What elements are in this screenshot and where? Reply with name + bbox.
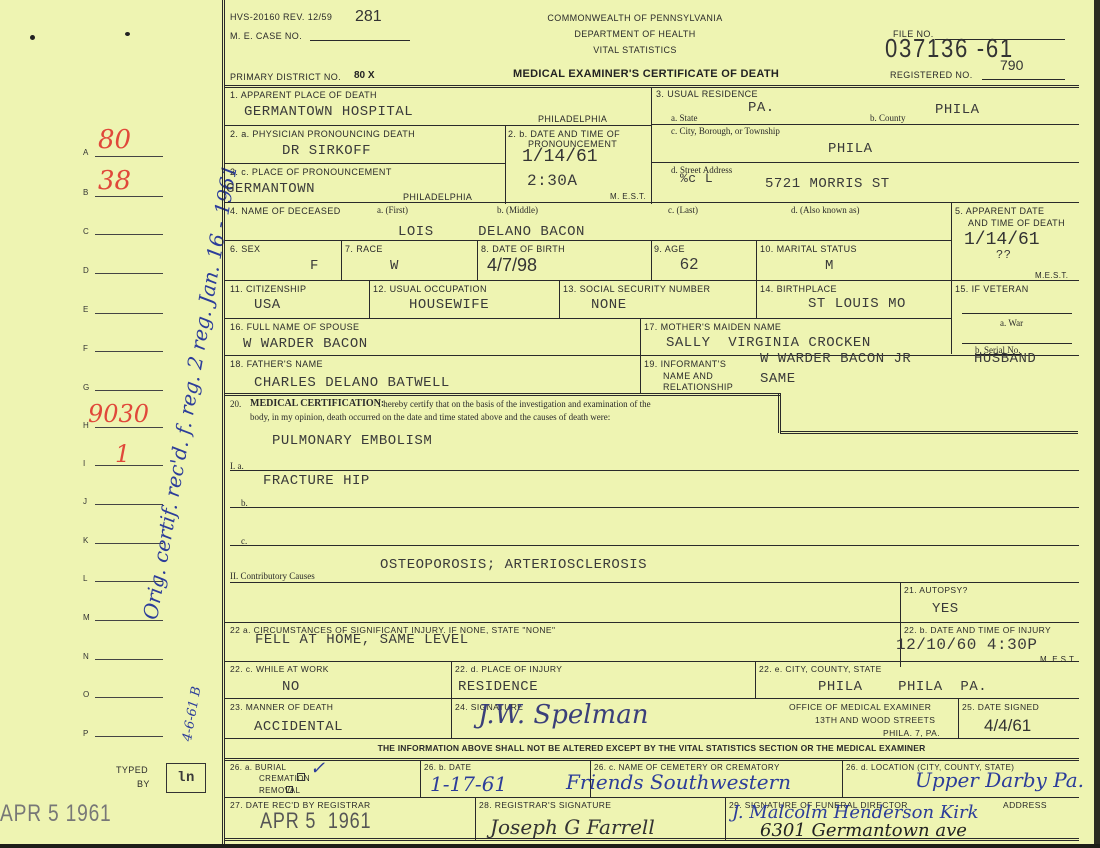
field-17-label: 17. MOTHER'S MAIDEN NAME	[644, 322, 781, 332]
veteran-war-line	[962, 313, 1072, 314]
stub-letter-j: J	[83, 497, 87, 506]
field-18-label: 18. FATHER'S NAME	[230, 359, 323, 369]
field-2b-date: 1/14/61	[522, 147, 598, 167]
divider	[224, 622, 1079, 623]
stub-letter-n: N	[83, 652, 89, 661]
cause-b-label: b.	[241, 498, 248, 508]
stub-value-a: 80	[98, 125, 131, 155]
field-17-mother: SALLY VIRGINIA CROCKEN	[666, 335, 871, 351]
office-line-2: 13TH AND WOOD STREETS	[815, 715, 935, 725]
stub-letter-k: K	[83, 536, 88, 545]
stub-line-a	[95, 156, 163, 157]
veteran-serial-line	[962, 343, 1072, 344]
agency-line-3: VITAL STATISTICS	[520, 45, 750, 55]
field-13-label: 13. SOCIAL SECURITY NUMBER	[563, 284, 710, 294]
divider	[475, 797, 476, 841]
field-1-value: GERMANTOWN HOSPITAL	[244, 104, 413, 120]
alteration-notice: THE INFORMATION ABOVE SHALL NOT BE ALTER…	[224, 743, 1079, 753]
field-3-label: 3. USUAL RESIDENCE	[656, 89, 758, 99]
margin-note-date: 4-6-61 B	[180, 685, 204, 742]
scan-edge	[1094, 0, 1100, 848]
examiner-signature: J.W. Spelman	[478, 700, 648, 730]
removal-checkbox[interactable]	[286, 786, 293, 793]
cause-a-value: PULMONARY EMBOLISM	[272, 433, 432, 449]
divider	[451, 661, 452, 738]
divider	[951, 202, 952, 354]
field-26c-cemetery: Friends Southwestern	[566, 770, 791, 794]
divider	[369, 280, 370, 318]
field-20-text: I hereby certify that on the basis of th…	[378, 399, 651, 409]
field-7-label: 7. RACE	[345, 244, 383, 254]
field-11-label: 11. CITIZENSHIP	[230, 284, 306, 294]
margin-note-registration: Orig. certif. rec'd. f. reg. 2 reg. Jan.…	[130, 114, 251, 670]
field-22d-label: 22. d. PLACE OF INJURY	[455, 664, 562, 674]
divider	[224, 240, 951, 241]
field-6-label: 6. SEX	[230, 244, 260, 254]
stub-value-b: 38	[98, 166, 131, 196]
punch-hole-mark	[125, 32, 130, 36]
field-3c-city: PHILA	[828, 141, 873, 157]
stub-letter-c: C	[83, 227, 89, 236]
cause-c-label: c.	[241, 536, 247, 546]
office-line-3: PHILA. 7, PA.	[883, 728, 940, 738]
contributory-label: II. Contributory Causes	[230, 571, 315, 581]
divider	[900, 582, 901, 667]
field-12-label: 12. USUAL OCCUPATION	[373, 284, 487, 294]
field-14-label: 14. BIRTHPLACE	[760, 284, 837, 294]
field-20-text-2: body, in my opinion, death occurred on t…	[250, 412, 610, 422]
field-22b-label: 22. b. DATE AND TIME OF INJURY	[904, 625, 1051, 635]
divider	[559, 280, 560, 318]
field-26b-label: 26. b. DATE	[424, 763, 471, 772]
field-5-time: ??	[996, 248, 1011, 262]
typed-by-label: TYPED	[116, 765, 148, 775]
field-14-birthplace: ST LOUIS MO	[808, 296, 906, 312]
cause-a-label: I. a.	[230, 461, 244, 471]
contributory-line	[230, 582, 1079, 583]
divider	[224, 318, 951, 319]
field-1-city: PHILADELPHIA	[538, 114, 607, 124]
divider	[651, 240, 652, 280]
field-29-address-label: ADDRESS	[1003, 800, 1047, 810]
field-26a-label: 26. a. BURIAL	[230, 763, 286, 772]
field-16-spouse: W WARDER BACON	[243, 336, 368, 352]
stub-line-c	[95, 234, 163, 235]
divider	[756, 240, 757, 280]
field-10-marital: M	[825, 258, 834, 274]
field-5-timezone: M.E.S.T.	[1035, 271, 1068, 280]
registered-number-line	[982, 79, 1065, 80]
field-5-label: 5. APPARENT DATE	[955, 206, 1044, 216]
stub-line-b	[95, 196, 163, 197]
divider	[420, 760, 421, 798]
office-line-1: OFFICE OF MEDICAL EXAMINER	[789, 702, 931, 712]
divider	[780, 431, 1078, 434]
field-26d-location: Upper Darby Pa.	[915, 768, 1084, 792]
field-5-label-2: AND TIME OF DEATH	[968, 218, 1065, 228]
divider	[224, 797, 1079, 798]
field-4d-label: d. (Also known as)	[791, 205, 860, 215]
agency-line-1: COMMONWEALTH OF PENNSYLVANIA	[520, 13, 750, 23]
divider	[341, 240, 342, 280]
field-1-label: 1. APPARENT PLACE OF DEATH	[230, 90, 377, 100]
field-2b-timezone: M. E.S.T.	[610, 192, 646, 201]
field-16-label: 16. FULL NAME OF SPOUSE	[230, 322, 359, 332]
stub-divider	[222, 0, 225, 848]
divider	[477, 240, 478, 280]
field-19-informant: W WARDER BACON JR	[760, 351, 911, 367]
divider	[651, 87, 652, 204]
field-8-dob: 4/7/98	[487, 255, 537, 276]
field-4a-label: a. (First)	[377, 205, 408, 215]
field-25-date-signed: 4/4/61	[984, 716, 1031, 736]
stub-letter-d: D	[83, 266, 89, 275]
field-23-manner: ACCIDENTAL	[254, 719, 343, 735]
field-3c-label: c. City, Borough, or Township	[671, 126, 780, 136]
field-12-occupation: HOUSEWIFE	[409, 297, 489, 313]
field-15a-label: a. War	[1000, 318, 1023, 328]
case-number-line	[310, 40, 410, 41]
registered-number-label: REGISTERED NO.	[890, 70, 973, 80]
field-5-date: 1/14/61	[964, 230, 1040, 250]
field-27-date-received: APR 5 1961	[260, 808, 371, 834]
field-26b-date: 1-17-61	[430, 772, 507, 796]
divider	[842, 760, 843, 798]
field-19-address: SAME	[760, 371, 796, 387]
field-21-autopsy: YES	[932, 601, 959, 617]
divider	[651, 162, 1079, 163]
file-number-value: 037136 -61	[885, 33, 1014, 64]
field-2a-value: DR SIRKOFF	[282, 143, 371, 159]
divider	[224, 738, 1079, 739]
divider	[224, 698, 1079, 699]
field-3a-label: a. State	[671, 113, 698, 123]
divider	[725, 797, 726, 841]
field-22e-location: PHILA PHILA PA.	[818, 679, 987, 695]
field-4-name: LOIS DELANO BACON	[398, 224, 585, 240]
field-23-label: 23. MANNER OF DEATH	[230, 702, 333, 712]
field-2c-value: GERMANTOWN	[226, 181, 315, 197]
stub-letter-g: G	[83, 383, 89, 392]
field-7-race: W	[390, 258, 399, 274]
stub-letter-i: I	[83, 459, 85, 468]
divider	[224, 163, 505, 164]
stub-letter-a: A	[83, 148, 88, 157]
field-4-label: 4. NAME OF DECEASED	[230, 206, 341, 216]
field-22c-at-work: NO	[282, 679, 300, 695]
funeral-director-address: 6301 Germantown ave	[760, 820, 967, 841]
case-number-value: 281	[355, 8, 382, 26]
divider	[651, 124, 1079, 125]
field-22d-place: RESIDENCE	[458, 679, 538, 695]
stub-value-i: 1	[115, 440, 130, 468]
field-22c-label: 22. c. WHILE AT WORK	[230, 664, 329, 674]
stub-letter-e: E	[83, 305, 88, 314]
divider	[640, 318, 641, 394]
field-19-relationship: HUSBAND	[974, 351, 1036, 367]
field-22b-date: 12/10/60 4:30P	[896, 636, 1037, 654]
stub-line-j	[95, 504, 163, 505]
field-18-father: CHARLES DELANO BATWELL	[254, 375, 450, 391]
field-2b-label: 2. b. DATE AND TIME OF	[508, 129, 620, 139]
stub-line-f	[95, 351, 163, 352]
field-3a-state: PA.	[748, 100, 775, 116]
stub-letter-f: F	[83, 344, 88, 353]
burial-check-mark: ✓	[310, 758, 325, 779]
field-9-label: 9. AGE	[654, 244, 685, 254]
field-6-sex: F	[310, 258, 319, 274]
scan-edge	[0, 844, 1100, 848]
field-26a-removal: REMOVAL	[259, 786, 300, 795]
cause-line-a	[230, 470, 1079, 471]
stub-letter-b: B	[83, 188, 88, 197]
divider	[505, 125, 506, 204]
field-2c-city: PHILADELPHIA	[403, 192, 472, 202]
divider	[224, 758, 1079, 761]
stub-line-g	[95, 390, 163, 391]
form-number: HVS-20160 REV. 12/59	[230, 12, 332, 22]
stub-line-p	[95, 736, 163, 737]
field-3d-street: 5721 MORRIS ST	[765, 176, 890, 192]
divider	[224, 355, 1079, 356]
divider	[958, 698, 959, 738]
stub-letter-o: O	[83, 690, 89, 699]
cause-b-value: FRACTURE HIP	[263, 473, 370, 489]
field-3b-county: PHILA	[935, 102, 980, 118]
certificate-title: MEDICAL EXAMINER'S CERTIFICATE OF DEATH	[513, 68, 779, 80]
registrar-signature: Joseph G Farrell	[490, 815, 655, 839]
primary-district-value: 80 X	[354, 70, 375, 81]
divider	[224, 125, 651, 126]
stub-line-d	[95, 273, 163, 274]
agency-line-2: DEPARTMENT OF HEALTH	[520, 29, 750, 39]
cause-line-c	[230, 545, 1079, 546]
field-22b-timezone: M. E.S.T.	[1040, 655, 1076, 664]
field-9-age: 62	[680, 256, 699, 274]
death-certificate-page: A 80 B 38 C D E F G H 9030 I 1 J K L M N…	[0, 0, 1100, 848]
primary-district-label: PRIMARY DISTRICT NO.	[230, 72, 341, 82]
field-25-label: 25. DATE SIGNED	[962, 702, 1039, 712]
stub-letter-m: M	[83, 613, 90, 622]
stub-line-e	[95, 313, 163, 314]
field-2b-time: 2:30A	[527, 172, 578, 190]
field-4c-label: c. (Last)	[668, 205, 698, 215]
field-19-label: 19. INFORMANT'S	[644, 359, 726, 369]
typed-by-initials: ln	[166, 763, 206, 793]
stub-letter-l: L	[83, 574, 87, 583]
field-3d-care-of: %c L	[680, 171, 713, 186]
field-28-label: 28. REGISTRAR'S SIGNATURE	[479, 800, 611, 810]
punch-hole-mark	[30, 35, 35, 40]
registered-number-value: 790	[1000, 57, 1023, 73]
stub-letter-p: P	[83, 729, 88, 738]
contributory-value: OSTEOPOROSIS; ARTERIOSCLEROSIS	[380, 557, 647, 573]
field-20-heading: MEDICAL CERTIFICATION:	[250, 398, 384, 409]
divider	[756, 280, 757, 318]
case-number-label: M. E. CASE NO.	[230, 31, 302, 41]
field-11-citizenship: USA	[254, 297, 281, 313]
field-8-label: 8. DATE OF BIRTH	[481, 244, 565, 254]
field-3b-label: b. County	[870, 113, 906, 123]
burial-checkbox[interactable]	[297, 773, 305, 781]
field-15-label: 15. IF VETERAN	[955, 284, 1029, 294]
field-21-label: 21. AUTOPSY?	[904, 585, 968, 595]
field-2a-label: 2. a. PHYSICIAN PRONOUNCING DEATH	[230, 129, 415, 139]
field-4b-label: b. (Middle)	[497, 205, 538, 215]
field-2c-label: 2. c. PLACE OF PRONOUNCEMENT	[230, 167, 392, 177]
received-stamp: APR 5 1961	[0, 800, 112, 828]
divider	[755, 661, 756, 699]
field-22a-circumstances: FELL AT HOME, SAME LEVEL	[255, 632, 469, 648]
stub-value-h: 9030	[88, 400, 149, 428]
divider	[224, 393, 780, 396]
field-19-label-2: NAME AND	[663, 371, 713, 381]
field-13-ssn: NONE	[591, 297, 627, 313]
field-20-number: 20.	[230, 399, 241, 409]
field-10-label: 10. MARITAL STATUS	[760, 244, 857, 254]
divider	[778, 393, 781, 433]
field-19-label-3: RELATIONSHIP	[663, 382, 733, 392]
divider	[224, 280, 1079, 281]
typed-by-label-2: BY	[137, 779, 150, 789]
divider	[224, 661, 1079, 662]
cause-line-b	[230, 507, 1079, 508]
stub-line-o	[95, 697, 163, 698]
field-22e-label: 22. e. CITY, COUNTY, STATE	[759, 664, 882, 674]
